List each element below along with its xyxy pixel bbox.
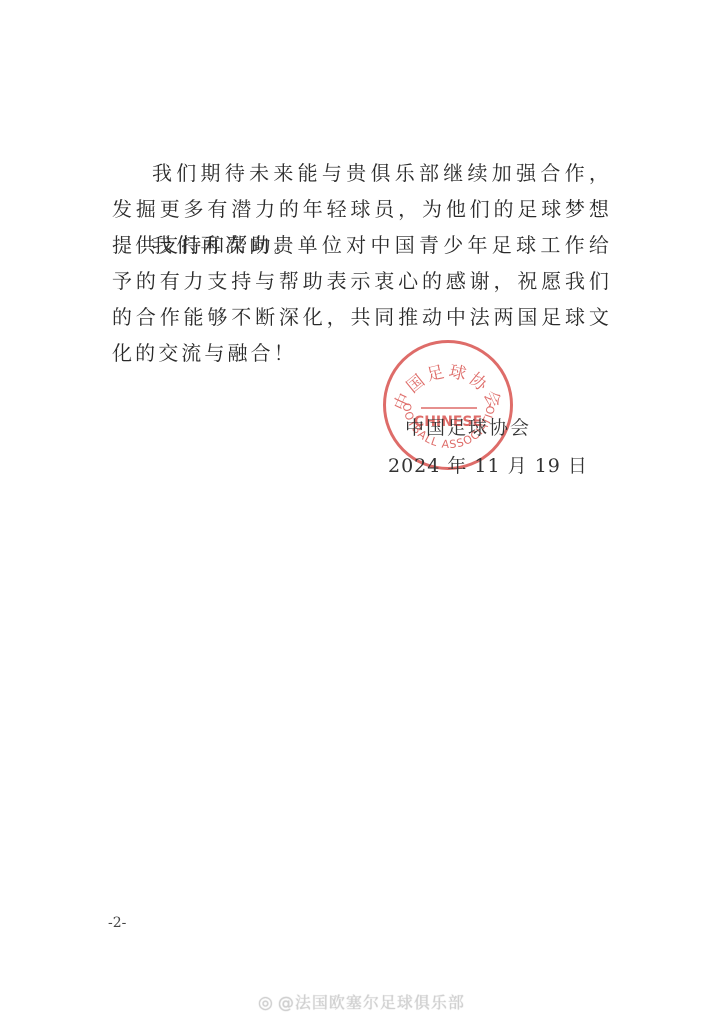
- watermark: ◎@法国欧塞尔足球俱乐部: [258, 990, 465, 1013]
- signature-organization: 中国足球协会: [405, 413, 531, 440]
- signature-date: 2024 年 11 月 19 日: [388, 451, 588, 478]
- page-number: -2-: [108, 915, 126, 931]
- weibo-icon: ◎: [258, 993, 274, 1013]
- watermark-text: @法国欧塞尔足球俱乐部: [278, 993, 465, 1012]
- paragraph-2: 我们再次向贵单位对中国青少年足球工作给予的有力支持与帮助表示衷心的感谢，祝愿我们…: [112, 227, 612, 371]
